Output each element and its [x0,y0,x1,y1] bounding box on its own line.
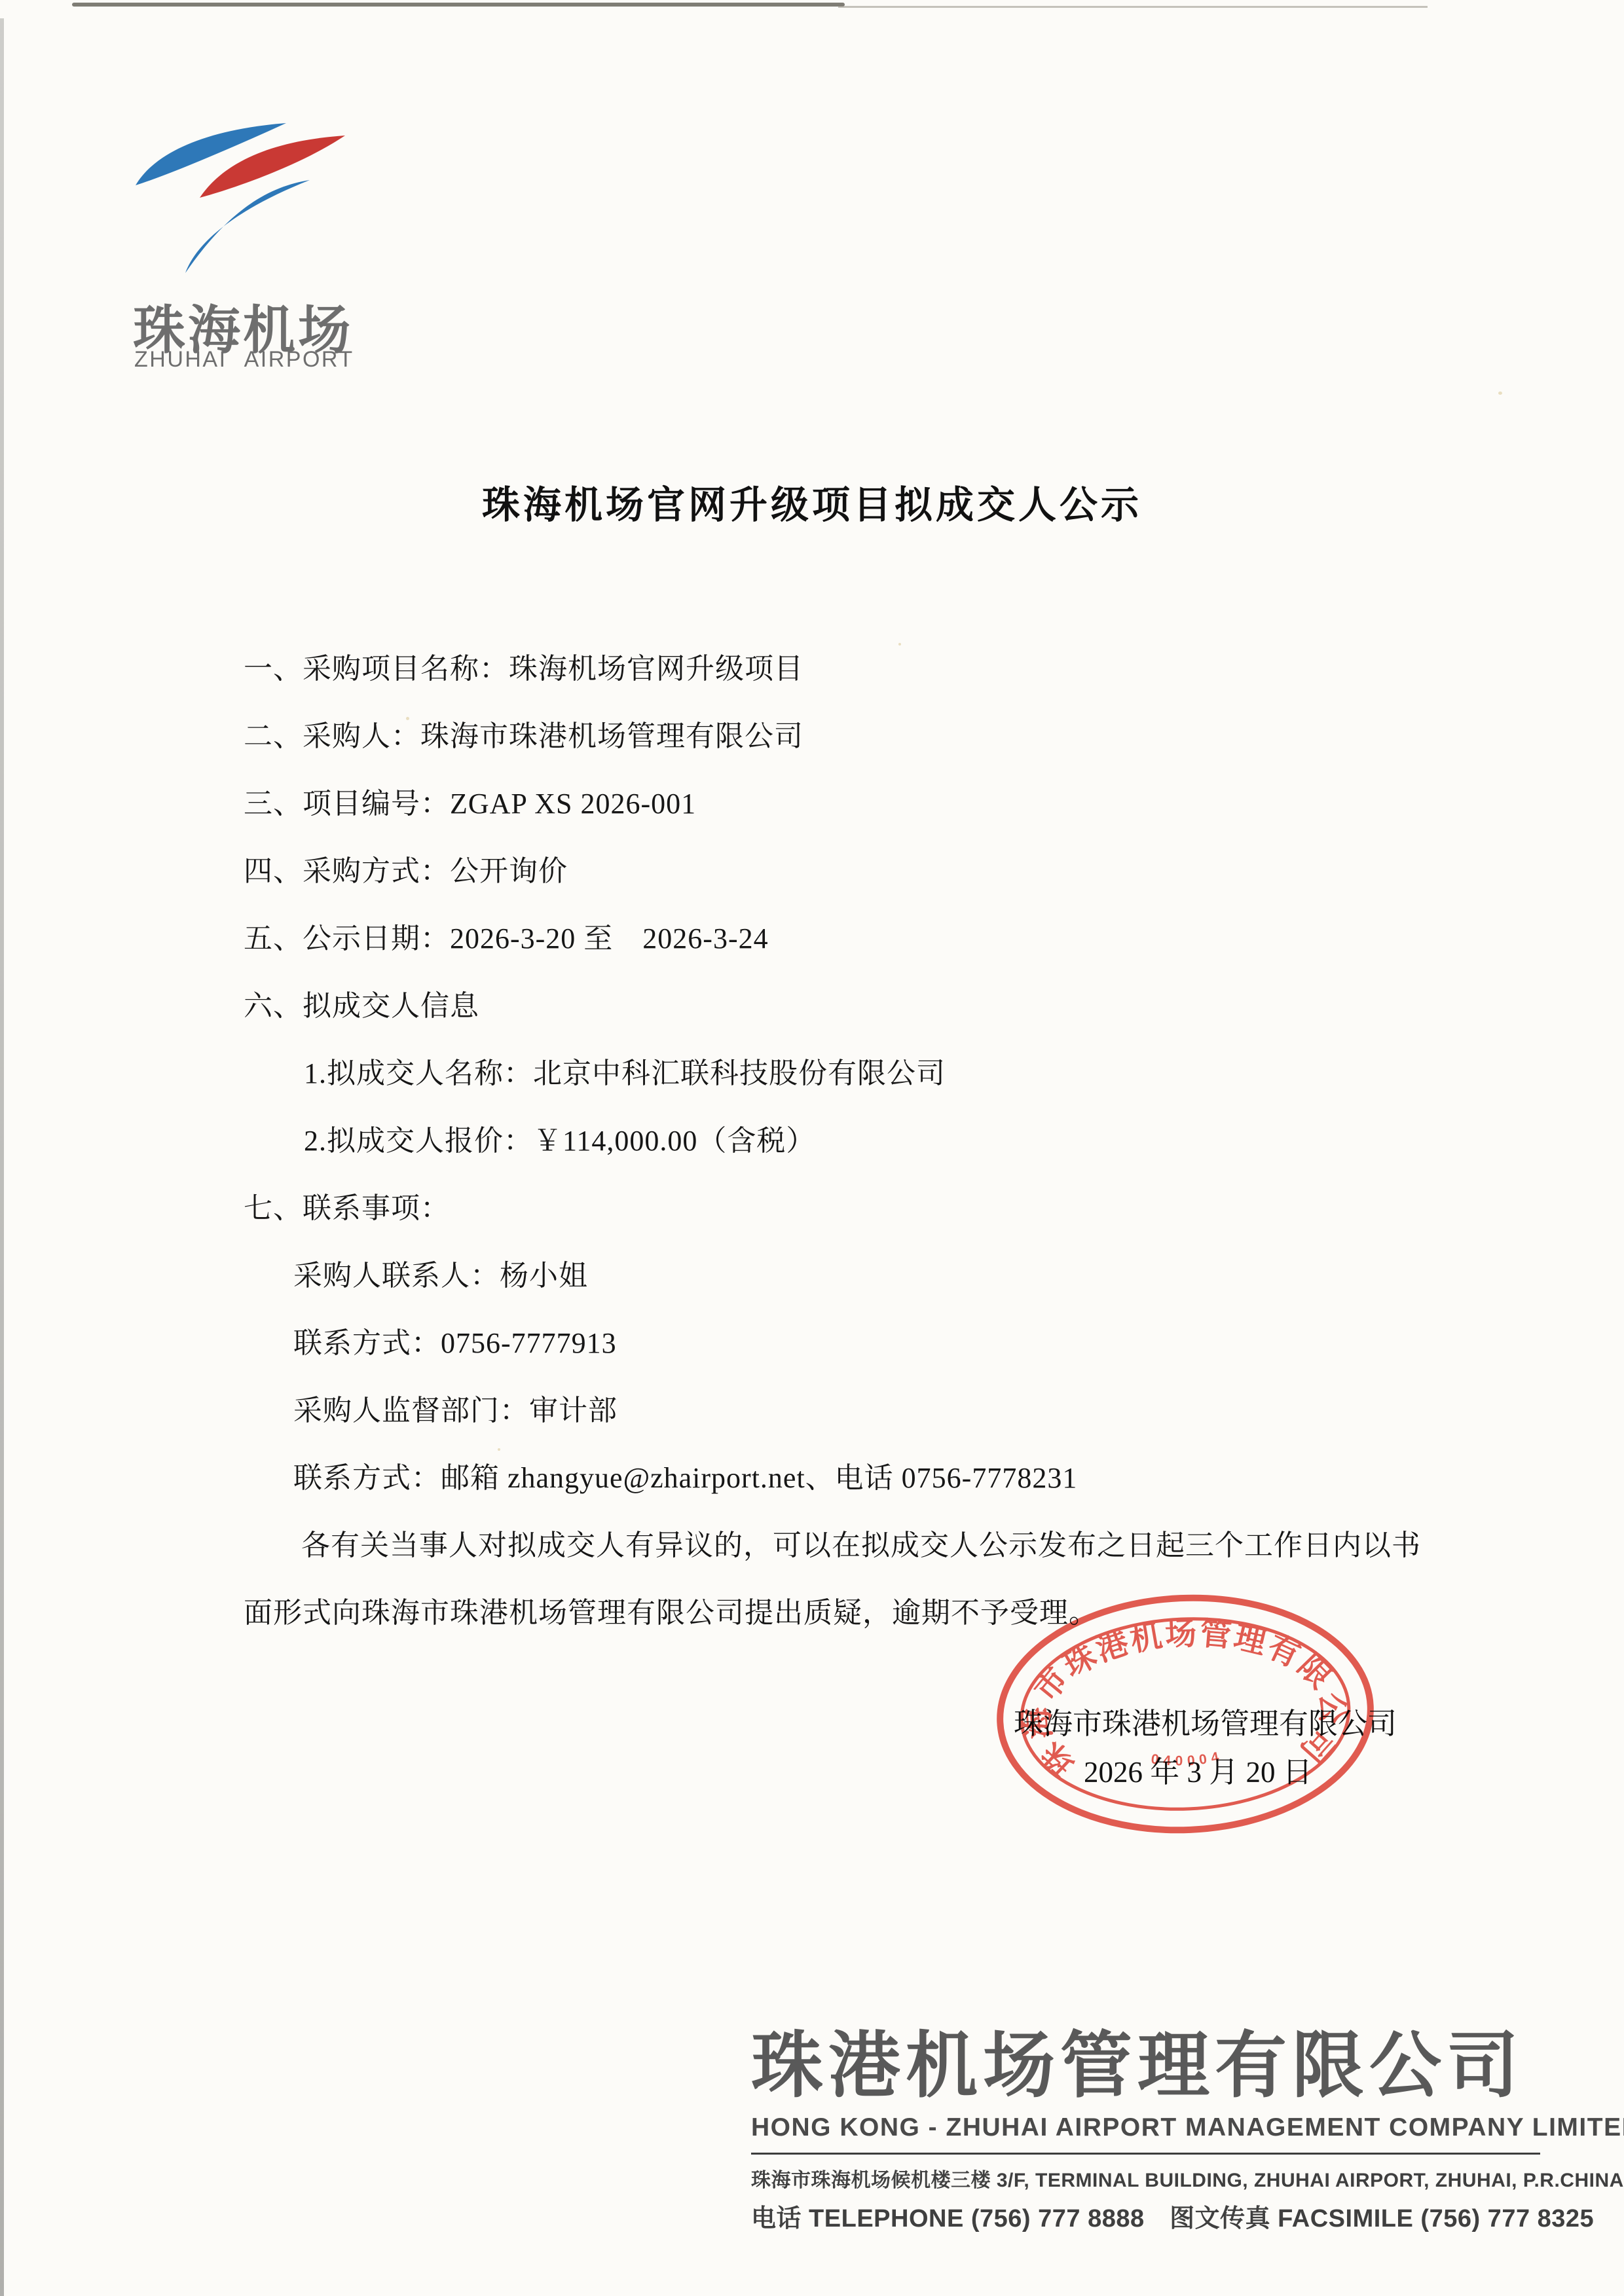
scan-speck [1498,392,1502,395]
scan-edge-top-light [838,6,1428,8]
objection-paragraph-1: 各有关当事人对拟成交人有异议的，可以在拟成交人公示发布之日起三个工作日内以书 [0,1512,1624,1579]
item-publicity-period: 五、公示日期：2026-3-20 至 2026-3-24 [0,905,1624,972]
supervision-department: 采购人监督部门：审计部 [0,1377,1624,1444]
item-winner-info-head: 六、拟成交人信息 [0,972,1624,1040]
footer-divider [751,2153,1540,2155]
footer-company-english: HONG KONG - ZHUHAI AIRPORT MANAGEMENT CO… [751,2113,1549,2142]
announcement-body: 一、采购项目名称：珠海机场官网升级项目 二、采购人：珠海市珠港机场管理有限公司 … [0,635,1624,1647]
footer-telephone-fax: 电话 TELEPHONE (756) 777 8888 图文传真 FACSIMI… [751,2198,1549,2234]
letterhead-footer: 珠港机场管理有限公司 HONG KONG - ZHUHAI AIRPORT MA… [751,2028,1549,2234]
item-project-name: 一、采购项目名称：珠海机场官网升级项目 [0,635,1624,702]
footer-company-chinese: 珠港机场管理有限公司 [751,2028,1549,2104]
contact-phone: 联系方式：0756-7777913 [0,1309,1624,1377]
item-winner-price: 2.拟成交人报价：￥114,000.00（含税） [0,1107,1624,1175]
supervision-contact: 联系方式：邮箱 zhangyue@zhairport.net、电话 0756-7… [0,1444,1624,1512]
item-winner-name: 1.拟成交人名称：北京中科汇联科技股份有限公司 [0,1040,1624,1107]
company-seal-stamp: 珠海市珠港机场管理有限公司 4404000494 [980,1576,1391,1852]
logo-name-english: ZHUHAI AIRPORT [134,347,360,373]
scan-edge-top [72,3,845,7]
footer-address: 珠海市珠海机场候机楼三楼 3/F, TERMINAL BUILDING, ZHU… [751,2164,1549,2193]
page-title: 珠海机场官网升级项目拟成交人公示 [0,474,1624,529]
item-project-number: 三、项目编号：ZGAP XS 2026-001 [0,770,1624,837]
item-purchase-method: 四、采购方式：公开询价 [0,837,1624,905]
seal-serial-number: 4404000494 [980,1576,1225,1777]
item-purchaser: 二、采购人：珠海市珠港机场管理有限公司 [0,702,1624,770]
item-contact-head: 七、联系事项： [0,1175,1624,1242]
scanned-announcement-page: { "logo": { "name_cn": "珠海机场", "name_en"… [0,0,1624,2296]
contact-person: 采购人联系人：杨小姐 [0,1242,1624,1309]
